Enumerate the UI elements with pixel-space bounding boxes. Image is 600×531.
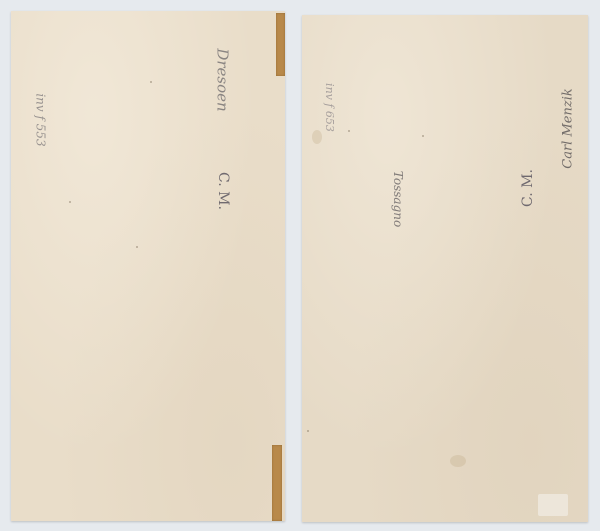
paper-speck xyxy=(307,430,309,432)
pencil-note-initials: C. M. xyxy=(520,169,536,207)
pencil-note-name: Carl Menzik xyxy=(561,88,576,168)
pencil-note-inventory: inv f 553 xyxy=(34,93,48,146)
tape-strip-top xyxy=(276,13,285,76)
paper-speck xyxy=(69,201,71,203)
pencil-note-script: Dresoen xyxy=(214,48,232,111)
paper-stain xyxy=(312,130,322,144)
card-right: inv f 653 Tossagno C. M. Carl Menzik xyxy=(302,15,588,522)
pencil-note-initials: C. M. xyxy=(215,172,231,210)
paper-speck xyxy=(348,130,350,132)
paper-speck xyxy=(150,81,152,83)
paper-repair-patch xyxy=(538,494,568,516)
pencil-note-script: Tossagno xyxy=(391,171,405,227)
tape-strip-bottom xyxy=(272,445,282,521)
paper-speck xyxy=(136,246,138,248)
paper-stain xyxy=(450,455,466,467)
paper-speck xyxy=(422,135,424,137)
card-left: Dresoen inv f 553 C. M. xyxy=(11,11,285,521)
pencil-note-inventory: inv f 653 xyxy=(323,83,336,132)
